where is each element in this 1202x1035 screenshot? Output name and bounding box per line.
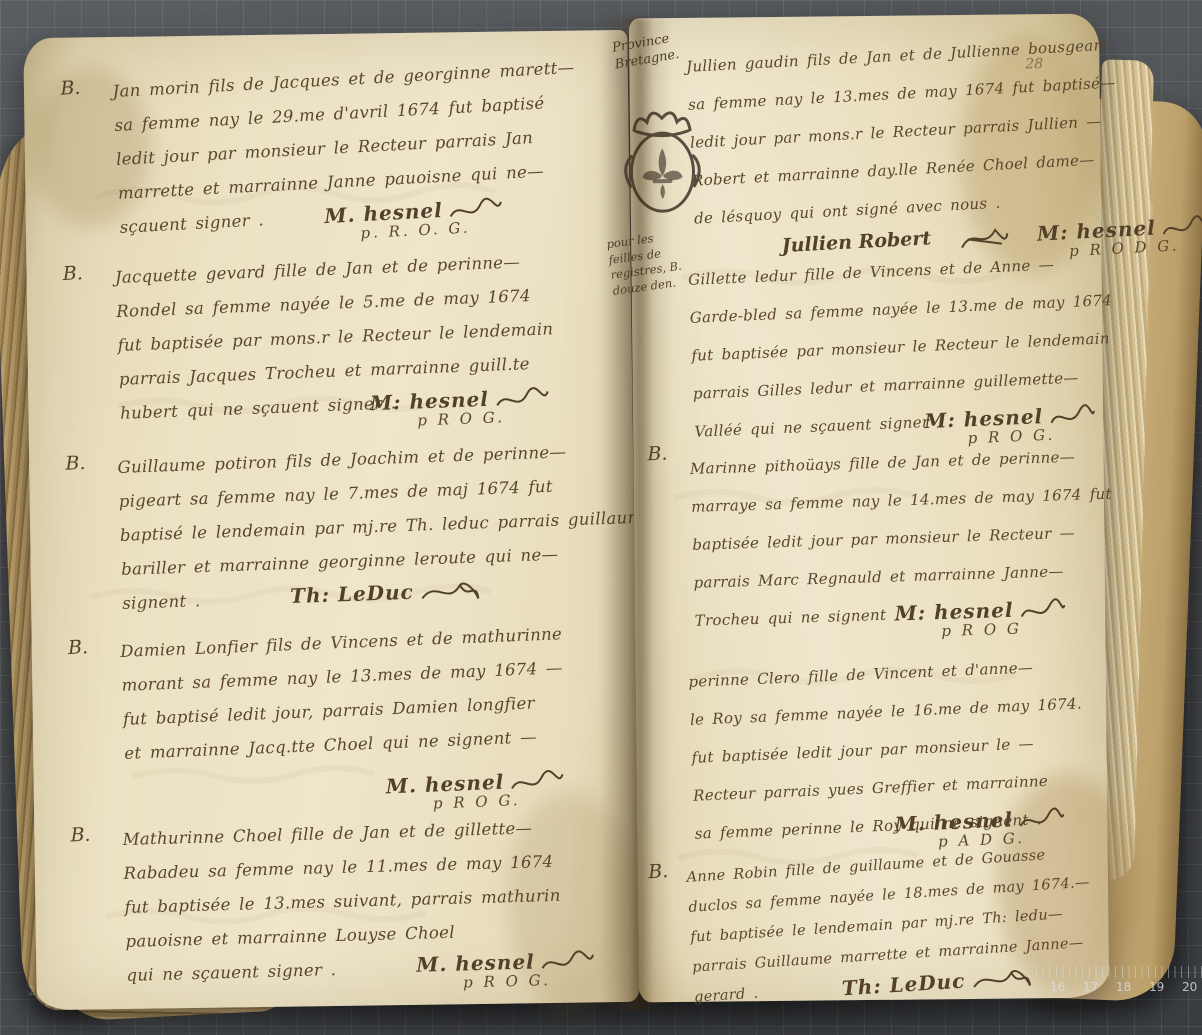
priest-signature: M: hesnel p R O G — [894, 596, 1068, 641]
priest-signature: M. hesnel p. R. O. G. — [324, 195, 506, 244]
ruler-number: 20 — [1182, 980, 1197, 994]
baptism-entry: B. Jan morin fils de Jacques et de georg… — [112, 51, 583, 255]
signature-flourish-icon — [417, 576, 482, 604]
baptism-entry: perinne Clero fille de Vincent et d'anne… — [688, 646, 1088, 860]
baptism-entry: B. Jacquette gevard fille de Jan et de p… — [114, 244, 557, 441]
ruler-number: 16 — [1050, 980, 1065, 994]
priest-signature: M: hesnel p R O G. — [370, 384, 552, 431]
priest-signature: M. hesnel p R O G. — [416, 948, 597, 993]
baptism-entry: B. Mathurinne Choel fille de Jan et de g… — [122, 810, 597, 1001]
signature-flourish-icon — [1017, 597, 1068, 623]
baptism-entry: B. Anne Robin fille de guillaume et de G… — [686, 838, 1096, 1011]
priest-signature: M. hesnel p R O G. — [385, 767, 567, 814]
baptism-entry: B. Damien Lonfier fils de Vincens et de … — [120, 617, 569, 825]
margin-letter: B. — [60, 77, 81, 100]
margin-letter: B. — [648, 860, 669, 883]
baptism-entry: B. Marinne pithoüays fille de Jan et de … — [689, 437, 1116, 648]
baptism-entry: B. Guillaume potiron fils de Joachim et … — [117, 432, 656, 615]
signature-name: Th: LeDuc — [290, 580, 414, 608]
ruler-number: 10 — [72, 984, 87, 998]
right-page: 28 Province Bretagne. pour les — [629, 14, 1109, 1003]
margin-letter: B. — [62, 262, 83, 285]
baptism-entry: Jullien gaudin fils de Jan et de Jullien… — [685, 21, 1202, 280]
ruler-number: 18 — [1116, 980, 1131, 994]
margin-letter: B. — [70, 824, 91, 847]
signature-flourish-icon — [968, 963, 1034, 993]
margin-letter: B. — [68, 636, 89, 659]
baptism-entry: Gillette ledur fille de Vincens et de An… — [687, 243, 1118, 459]
manuscript-photo-scene: 16 17 18 19 20 20 10 B. Jan morin fils d… — [0, 0, 1202, 1035]
stamp-fee-note: pour les feilles de registres, B. douze … — [606, 228, 685, 299]
ruler-number: 17 — [1083, 980, 1098, 994]
left-page: B. Jan morin fils de Jacques et de georg… — [23, 30, 641, 1010]
mat-ruler-ticks — [1036, 966, 1202, 978]
ruler-number: 20 — [28, 984, 43, 998]
margin-letter: B. — [65, 452, 86, 475]
margin-letter: B. — [647, 443, 668, 466]
ruler-number: 19 — [1149, 980, 1164, 994]
